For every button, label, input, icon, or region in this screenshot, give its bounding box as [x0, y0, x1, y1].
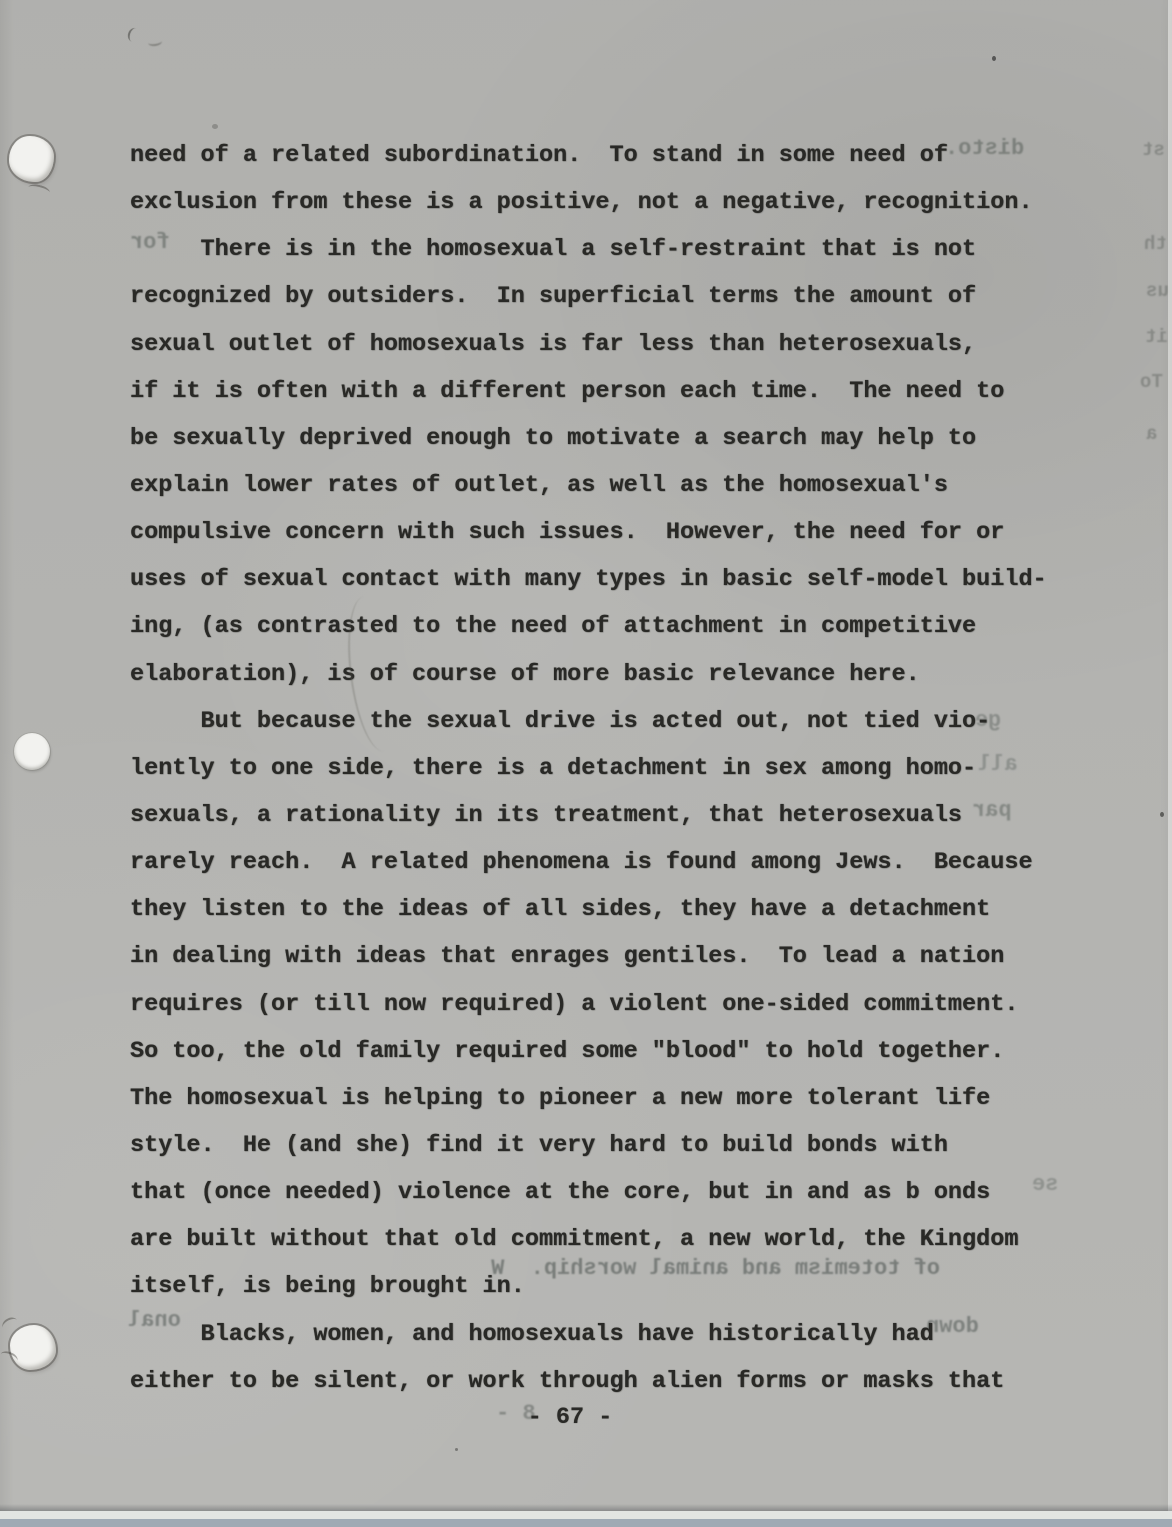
text-line: But because the sexual drive is acted ou…	[130, 698, 1140, 745]
paper-speck	[992, 56, 996, 61]
paper-speck	[212, 124, 218, 129]
bleedthrough-text: th	[1144, 233, 1167, 255]
text-line: requires (or till now required) a violen…	[130, 981, 1140, 1028]
text-line: lently to one side, there is a detachmen…	[130, 745, 1140, 792]
paper-speck	[1160, 812, 1164, 817]
text-line: are built without that old commitment, a…	[130, 1216, 1140, 1263]
text-line: be sexually deprived enough to motivate …	[130, 415, 1140, 462]
pen-mark	[148, 37, 163, 47]
text-line: So too, the old family required some "bl…	[130, 1028, 1140, 1075]
text-line: There is in the homosexual a self-restra…	[130, 226, 1140, 273]
text-line: The homosexual is helping to pioneer a n…	[130, 1075, 1140, 1122]
page-number: - 67 -	[0, 1404, 1140, 1431]
text-line: elaboration), is of course of more basic…	[130, 651, 1140, 698]
text-line: sexuals, a rationality in its treatment,…	[130, 792, 1140, 839]
text-line: uses of sexual contact with many types i…	[130, 556, 1140, 603]
scan-strip-light	[0, 1511, 1172, 1519]
scan-strip-blue	[0, 1519, 1172, 1527]
bleedthrough-text: To	[1140, 371, 1163, 393]
scanned-typewritten-page: disto. st for th us it To a ge all par s…	[0, 0, 1172, 1527]
text-line: rarely reach. A related phenomena is fou…	[130, 839, 1140, 886]
paper-tear-mark	[27, 182, 51, 197]
typewritten-text-block: need of a related subordination. To stan…	[130, 132, 1140, 1405]
text-line: explain lower rates of outlet, as well a…	[130, 462, 1140, 509]
text-line: Blacks, women, and homosexuals have hist…	[130, 1311, 1140, 1358]
text-line: either to be silent, or work through ali…	[130, 1358, 1140, 1405]
text-line: in dealing with ideas that enrages genti…	[130, 933, 1140, 980]
text-line: recognized by outsiders. In superficial …	[130, 273, 1140, 320]
scan-edge	[1168, 0, 1172, 1512]
paper-speck	[455, 1448, 458, 1451]
text-line: exclusion from these is a positive, not …	[130, 179, 1140, 226]
punch-hole-top	[9, 136, 54, 182]
punch-hole-bottom	[10, 1325, 56, 1370]
text-line: compulsive concern with such issues. How…	[130, 509, 1140, 556]
text-line: if it is often with a different person e…	[130, 368, 1140, 415]
page-bottom-shadow	[0, 1504, 1172, 1511]
text-line: ing, (as contrasted to the need of attac…	[130, 603, 1140, 650]
bleedthrough-text: a	[1146, 423, 1157, 445]
text-line: sexual outlet of homosexuals is far less…	[130, 321, 1140, 368]
text-line: that (once needed) violence at the core,…	[130, 1169, 1140, 1216]
text-line: need of a related subordination. To stan…	[130, 132, 1140, 179]
bleedthrough-text: us	[1146, 280, 1169, 302]
pen-mark	[126, 26, 142, 43]
punch-hole-middle	[14, 733, 50, 770]
bleedthrough-text: it	[1145, 326, 1168, 348]
text-line: style. He (and she) find it very hard to…	[130, 1122, 1140, 1169]
bleedthrough-text: st	[1142, 139, 1165, 161]
text-line: they listen to the ideas of all sides, t…	[130, 886, 1140, 933]
text-line: itself, is being brought in.	[130, 1263, 1140, 1310]
